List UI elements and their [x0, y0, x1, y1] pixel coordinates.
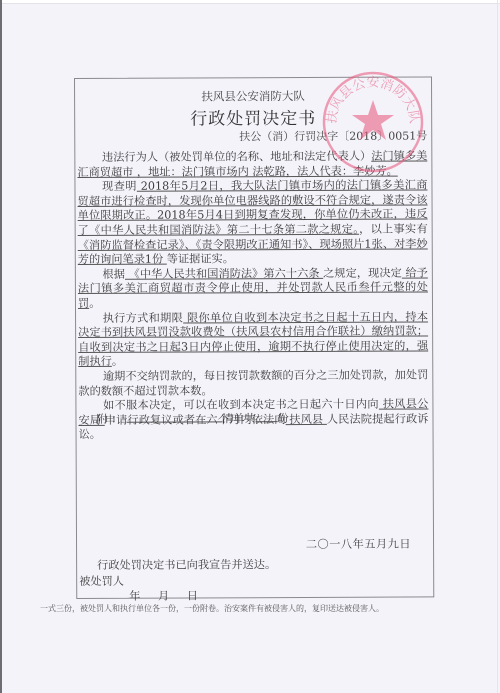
issue-date: 二〇一八年五月九日	[306, 536, 411, 552]
basis-label: 根据	[102, 268, 125, 281]
scan-edge-left	[0, 0, 2, 693]
execution-paragraph: 执行方式和期限 限你单位自收到本决定书之日起十五日内，持本决定书到扶风县罚没款收…	[78, 310, 428, 370]
facts-label: 现查明	[102, 180, 137, 193]
attachment-unit: 份	[278, 412, 289, 425]
basis-paragraph: 根据 《中华人民共和国消防法》第六十六条 之规定，现决定 给予法门镇多美汇商贸超…	[78, 266, 428, 311]
offender-label: 违法行为人（被处罚单位的名称、地址和法定代表人）	[102, 150, 371, 164]
evidence-prefix: ，以上事实有	[359, 222, 428, 235]
document-body: 违法行为人（被处罚单位的名称、地址和法定代表人）法门镇多美汇商贸超市 ，地址：法…	[77, 149, 428, 442]
scan-edge-top	[0, 0, 500, 4]
decision-form-frame: 扶风县公安消防大队 行政处罚决定书 扶公（消）行罚决字〔2018〕0051号 违…	[74, 76, 434, 599]
offender-paragraph: 违法行为人（被处罚单位的名称、地址和法定代表人）法门镇多美汇商贸超市 ，地址：法…	[77, 149, 427, 180]
recipient-label: 被处罚人	[79, 573, 124, 589]
evidence-value: 《消防监督检查记录》、《责令限期改正通知书》、现场照片1张、对李妙芳的询问笔录1…	[78, 237, 428, 266]
basis-value: 《中华人民共和国消防法》第六十六条	[125, 267, 323, 281]
basis-middle: 之规定，现决定	[323, 266, 402, 279]
document-title: 行政处罚决定书	[75, 103, 431, 130]
document-number: 扶公（消）行罚决字〔2018〕0051号	[239, 127, 427, 144]
scan-edge-right	[497, 0, 498, 693]
served-acknowledgement: 行政处罚决定书已向我宣告并送达。	[97, 556, 276, 573]
execution-label: 执行方式和期限	[103, 311, 184, 324]
late-fee-paragraph: 逾期不交纳罚款的，每日按罚款数额的百分之三加处罚款，加处罚款的数额不超过罚款本数…	[78, 368, 428, 399]
evidence-suffix: 等证据证实。	[167, 252, 234, 265]
issuing-organization: 扶风县公安消防大队	[75, 87, 431, 105]
decision-suffix: 。	[89, 297, 100, 310]
attachment-line: 附 ： 清单共份	[96, 410, 288, 427]
footnote: 一式三份，被处罚人和执行单位各一份，一份附卷。治安案件有被侵害人的，复印送达被侵…	[40, 603, 460, 614]
attachment-label: 附 ：	[96, 413, 122, 426]
appeal-court: 扶风县	[286, 413, 327, 426]
attachment-count-blank	[256, 410, 278, 422]
facts-paragraph: 现查明 2018年5月2日，我大队法门镇市场内的法门镇多美汇商贸超市进行检查时，…	[77, 179, 427, 268]
attachment-list-label: 清单共	[222, 412, 256, 425]
attachment-blank	[126, 410, 222, 422]
recipient-date: 年 月 日	[129, 587, 198, 603]
execution-suffix: 。	[112, 355, 123, 368]
